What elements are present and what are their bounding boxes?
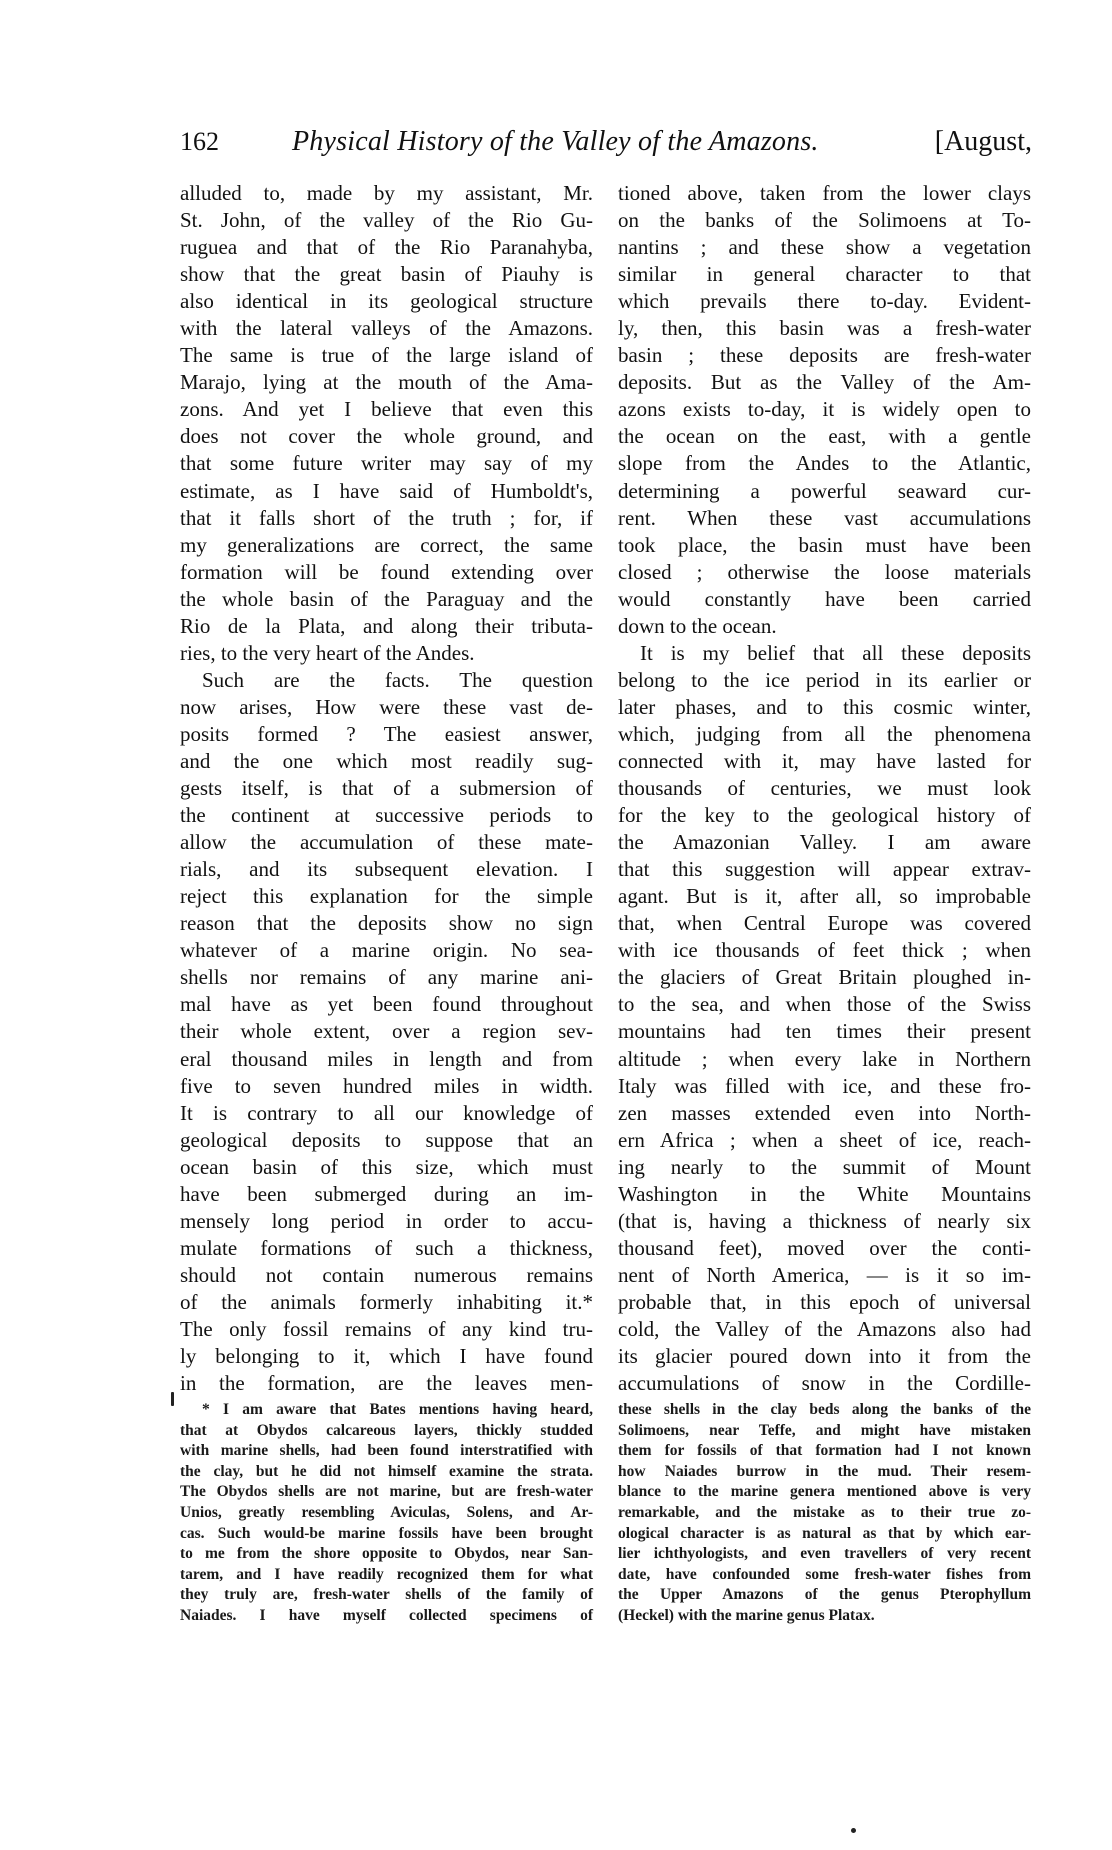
text-line: reject this explanation for the simple [180, 883, 593, 910]
text-line: tarem, and I have readily recognized the… [180, 1565, 593, 1586]
text-line: Such are the facts. The question [180, 667, 593, 694]
text-line: Italy was filled with ice, and these fro… [618, 1073, 1031, 1100]
text-line: for the key to the geological history of [618, 802, 1031, 829]
text-line: their whole extent, over a region sev- [180, 1018, 593, 1045]
text-line: It is my belief that all these deposits [618, 640, 1031, 667]
text-line: thousand feet), moved over the conti- [618, 1235, 1031, 1262]
text-line: It is contrary to all our knowledge of [180, 1100, 593, 1127]
text-line: ruguea and that of the Rio Paranahyba, [180, 234, 593, 261]
text-line: now arises, How were these vast de- [180, 694, 593, 721]
text-line: that, when Central Europe was covered [618, 910, 1031, 937]
text-line: that it falls short of the truth ; for, … [180, 505, 593, 532]
text-line: The Obydos shells are not marine, but ar… [180, 1482, 593, 1503]
text-line: azons exists to-day, it is widely open t… [618, 396, 1031, 423]
text-line: The same is true of the large island of [180, 342, 593, 369]
text-line: the clay, but he did not himself examine… [180, 1462, 593, 1483]
footnote-column-left: * I am aware that Bates mentions having … [180, 1400, 593, 1627]
text-line: show that the great basin of Piauhy is [180, 261, 593, 288]
text-line: date, have confounded some fresh-water f… [618, 1565, 1031, 1586]
text-line: lier ichthyologists, and even travellers… [618, 1544, 1031, 1565]
body-column-left: alluded to, made by my assistant, Mr.St.… [180, 180, 593, 1397]
text-line: which prevails there to-day. Evident- [618, 288, 1031, 315]
text-line: zons. And yet I believe that even this [180, 396, 593, 423]
text-line: would constantly have been carried [618, 586, 1031, 613]
text-line: St. John, of the valley of the Rio Gu- [180, 207, 593, 234]
text-line: they truly are, fresh-water shells of th… [180, 1585, 593, 1606]
text-line: its glacier poured down into it from the [618, 1343, 1031, 1370]
text-line: down to the ocean. [618, 613, 1031, 640]
text-line: allow the accumulation of these mate- [180, 829, 593, 856]
text-line: cold, the Valley of the Amazons also had [618, 1316, 1031, 1343]
text-line: tioned above, taken from the lower clays [618, 180, 1031, 207]
text-line: with ice thousands of feet thick ; when [618, 937, 1031, 964]
text-line: with the lateral valleys of the Amazons. [180, 315, 593, 342]
text-line: the whole basin of the Paraguay and the [180, 586, 593, 613]
text-line: cas. Such would-be marine fossils have b… [180, 1524, 593, 1545]
text-line: deposits. But as the Valley of the Am- [618, 369, 1031, 396]
text-line: should not contain numerous remains [180, 1262, 593, 1289]
text-line: ological character is as natural as that… [618, 1524, 1031, 1545]
text-line: Naiades. I have myself collected specime… [180, 1606, 593, 1627]
text-line: * I am aware that Bates mentions having … [180, 1400, 593, 1421]
text-line: similar in general character to that [618, 261, 1031, 288]
text-line: of the animals formerly inhabiting it.* [180, 1289, 593, 1316]
text-line: ly, then, this basin was a fresh-water [618, 315, 1031, 342]
text-line: ing nearly to the summit of Mount [618, 1154, 1031, 1181]
body-column-right: tioned above, taken from the lower clays… [618, 180, 1031, 1397]
text-line: rials, and its subsequent elevation. I [180, 856, 593, 883]
text-line: gests itself, is that of a submersion of [180, 775, 593, 802]
text-line: to the sea, and when those of the Swiss [618, 991, 1031, 1018]
running-header: 162 Physical History of the Valley of th… [180, 124, 1032, 160]
footnote-column-right: these shells in the clay beds along the … [618, 1400, 1031, 1627]
text-line: them for fossils of that formation had I… [618, 1441, 1031, 1462]
text-line: that at Obydos calcareous layers, thickl… [180, 1421, 593, 1442]
text-line: whatever of a marine origin. No sea- [180, 937, 593, 964]
text-line: ries, to the very heart of the Andes. [180, 640, 593, 667]
text-line: that some future writer may say of my [180, 450, 593, 477]
text-line: that this suggestion will appear extrav- [618, 856, 1031, 883]
text-line: remarkable, and the mistake as to their … [618, 1503, 1031, 1524]
text-line: alluded to, made by my assistant, Mr. [180, 180, 593, 207]
text-line: to me from the shore opposite to Obydos,… [180, 1544, 593, 1565]
text-line: how Naiades burrow in the mud. Their res… [618, 1462, 1031, 1483]
page-number: 162 [180, 124, 219, 160]
text-line: eral thousand miles in length and from [180, 1046, 593, 1073]
text-line: later phases, and to this cosmic winter, [618, 694, 1031, 721]
text-line: shells nor remains of any marine ani- [180, 964, 593, 991]
text-line: Washington in the White Mountains [618, 1181, 1031, 1208]
text-line: connected with it, may have lasted for [618, 748, 1031, 775]
text-line: mountains had ten times their present [618, 1018, 1031, 1045]
ink-speck [851, 1828, 856, 1833]
running-title: Physical History of the Valley of the Am… [292, 124, 819, 160]
text-line: formation will be found extending over [180, 559, 593, 586]
text-line: posits formed ? The easiest answer, [180, 721, 593, 748]
text-line: (Heckel) with the marine genus Platax. [618, 1606, 1031, 1627]
text-line: the Amazonian Valley. I am aware [618, 829, 1031, 856]
text-line: (that is, having a thickness of nearly s… [618, 1208, 1031, 1235]
text-line: closed ; otherwise the loose materials [618, 559, 1031, 586]
text-line: belong to the ice period in its earlier … [618, 667, 1031, 694]
text-line: mensely long period in order to accu- [180, 1208, 593, 1235]
text-line: accumulations of snow in the Cordille- [618, 1370, 1031, 1397]
text-line: which, judging from all the phenomena [618, 721, 1031, 748]
text-line: reason that the deposits show no sign [180, 910, 593, 937]
text-line: rent. When these vast accumulations [618, 505, 1031, 532]
text-line: altitude ; when every lake in Northern [618, 1046, 1031, 1073]
text-line: zen masses extended even into North- [618, 1100, 1031, 1127]
text-line: geological deposits to suppose that an [180, 1127, 593, 1154]
text-line: my generalizations are correct, the same [180, 532, 593, 559]
text-line: five to seven hundred miles in width. [180, 1073, 593, 1100]
text-line: probable that, in this epoch of universa… [618, 1289, 1031, 1316]
text-line: agant. But is it, after all, so improbab… [618, 883, 1031, 910]
text-line: the continent at successive periods to [180, 802, 593, 829]
text-line: Solimoens, near Teffe, and might have mi… [618, 1421, 1031, 1442]
text-line: nent of North America, — is it so im- [618, 1262, 1031, 1289]
text-line: on the banks of the Solimoens at To- [618, 207, 1031, 234]
text-line: ly belonging to it, which I have found [180, 1343, 593, 1370]
text-line: these shells in the clay beds along the … [618, 1400, 1031, 1421]
text-line: blance to the marine genera mentioned ab… [618, 1482, 1031, 1503]
text-line: Rio de la Plata, and along their tributa… [180, 613, 593, 640]
text-line: the ocean on the east, with a gentle [618, 423, 1031, 450]
text-line: ocean basin of this size, which must [180, 1154, 593, 1181]
text-line: with marine shells, had been found inter… [180, 1441, 593, 1462]
text-line: Marajo, lying at the mouth of the Ama- [180, 369, 593, 396]
text-line: took place, the basin must have been [618, 532, 1031, 559]
text-line: the Upper Amazons of the genus Pterophyl… [618, 1585, 1031, 1606]
text-line: does not cover the whole ground, and [180, 423, 593, 450]
text-line: basin ; these deposits are fresh-water [618, 342, 1031, 369]
text-line: Unios, greatly resembling Aviculas, Sole… [180, 1503, 593, 1524]
text-line: determining a powerful seaward cur- [618, 478, 1031, 505]
text-line: estimate, as I have said of Humboldt's, [180, 478, 593, 505]
text-line: mulate formations of such a thickness, [180, 1235, 593, 1262]
text-line: have been submerged during an im- [180, 1181, 593, 1208]
text-line: and the one which most readily sug- [180, 748, 593, 775]
text-line: in the formation, are the leaves men- [180, 1370, 593, 1397]
text-line: the glaciers of Great Britain ploughed i… [618, 964, 1031, 991]
text-line: ern Africa ; when a sheet of ice, reach- [618, 1127, 1031, 1154]
ink-speck [171, 1392, 174, 1406]
issue-month: [August, [935, 124, 1032, 160]
text-line: also identical in its geological structu… [180, 288, 593, 315]
text-line: thousands of centuries, we must look [618, 775, 1031, 802]
text-line: mal have as yet been found throughout [180, 991, 593, 1018]
text-line: slope from the Andes to the Atlantic, [618, 450, 1031, 477]
text-line: The only fossil remains of any kind tru- [180, 1316, 593, 1343]
text-line: nantins ; and these show a vegetation [618, 234, 1031, 261]
